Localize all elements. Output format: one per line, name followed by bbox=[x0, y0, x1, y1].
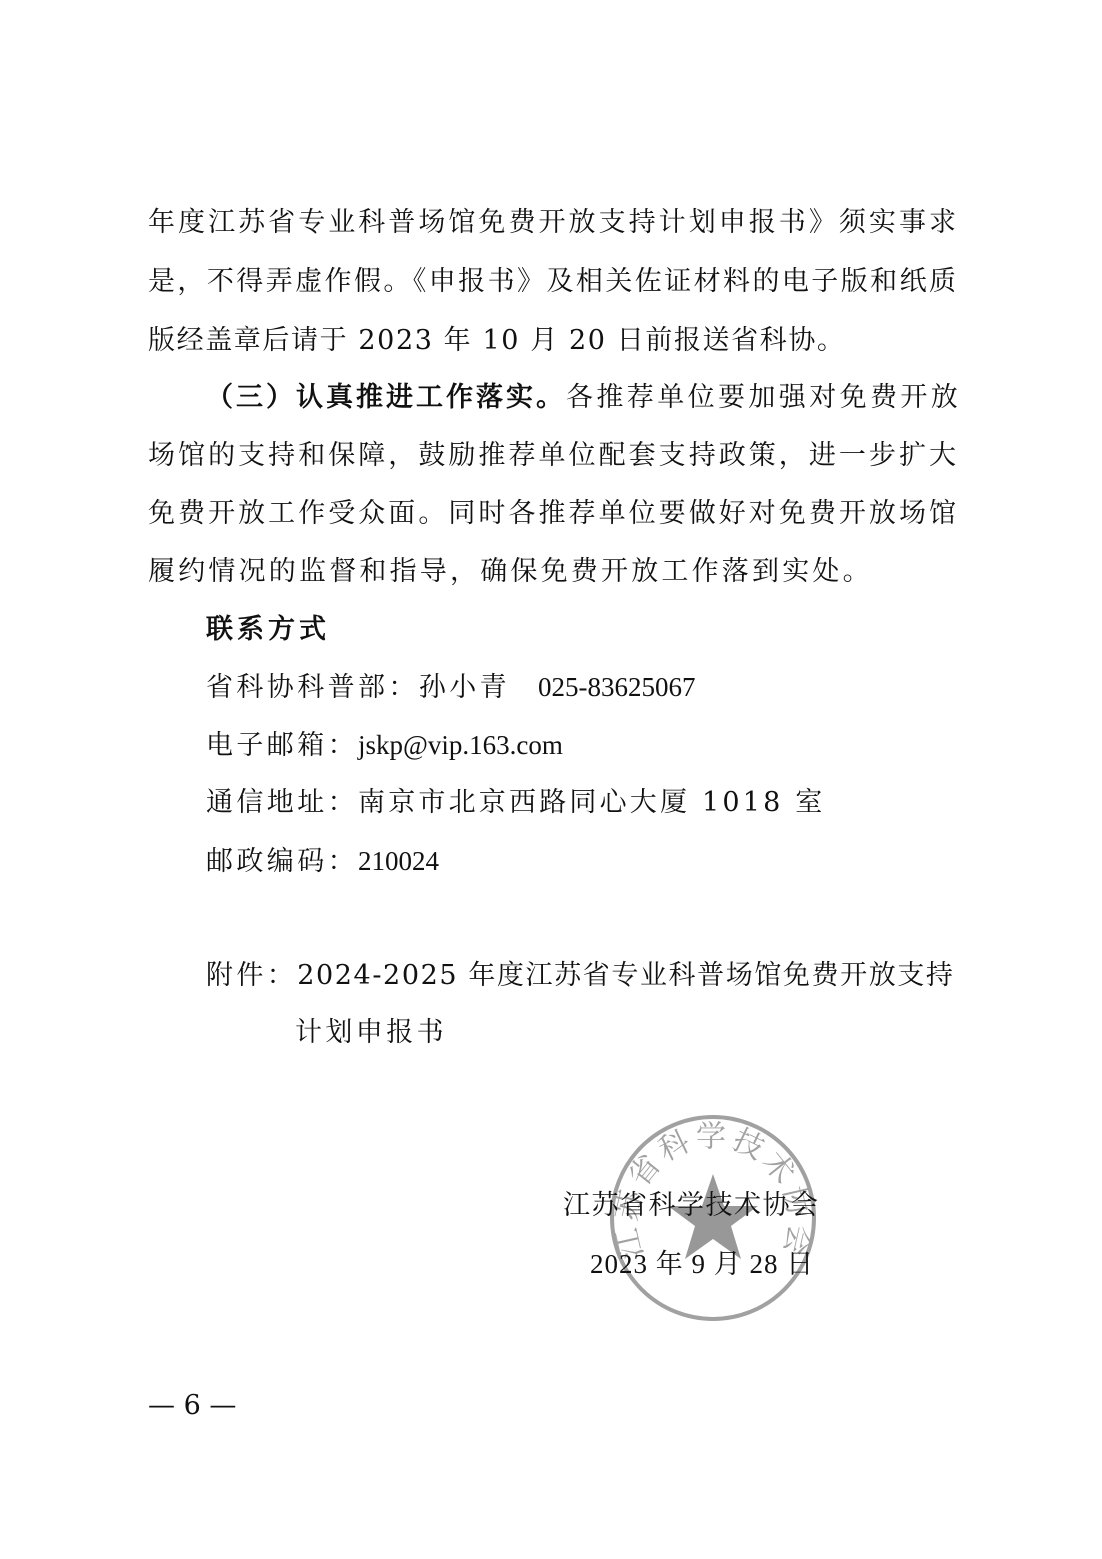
paragraph-line: 履约情况的监督和指导，确保免费开放工作落到实处。 bbox=[148, 552, 873, 592]
address-label: 通信地址： bbox=[206, 787, 358, 818]
document-page: 年度江苏省专业科普场馆免费开放支持计划申报书》须实事求 是，不得弄虚作假。《申报… bbox=[0, 0, 1102, 1559]
department-label: 省科协科普部： bbox=[206, 672, 419, 703]
attachment-label: 附件： bbox=[206, 960, 297, 991]
attachment-row: 附件：2024-2025 年度江苏省专业科普场馆免费开放支持 bbox=[206, 956, 955, 996]
contact-postcode-row: 邮政编码：210024 bbox=[206, 841, 439, 882]
email-label: 电子邮箱： bbox=[206, 730, 358, 761]
page-number: — 6 — bbox=[148, 1386, 236, 1426]
paragraph-line: 是，不得弄虚作假。《申报书》及相关佐证材料的电子版和纸质 bbox=[148, 262, 956, 302]
contact-postcode: 210024 bbox=[358, 846, 439, 876]
contact-address-row: 通信地址：南京市北京西路同心大厦 1018 室 bbox=[206, 783, 825, 823]
contact-address: 南京市北京西路同心大厦 1018 室 bbox=[358, 787, 825, 818]
attachment-title-line2: 计划申报书 bbox=[295, 1013, 447, 1053]
postcode-label: 邮政编码： bbox=[206, 846, 358, 877]
contact-email-row: 电子邮箱：jskp@vip.163.com bbox=[206, 725, 563, 766]
paragraph-line: 场馆的支持和保障，鼓励推荐单位配套支持政策，进一步扩大 bbox=[148, 436, 956, 476]
contact-email: jskp@vip.163.com bbox=[358, 730, 563, 760]
signing-date: 2023 年 9 月 28 日 bbox=[590, 1244, 814, 1284]
section-three-heading: （三）认真推进工作落实。 bbox=[206, 378, 566, 418]
contact-person: 孙小青 bbox=[419, 672, 510, 703]
paragraph-line: 版经盖章后请于 2023 年 10 月 20 日前报送省科协。 bbox=[148, 321, 846, 361]
paragraph-line: 免费开放工作受众面。同时各推荐单位要做好对免费开放场馆 bbox=[148, 494, 956, 534]
attachment-title-line1: 2024-2025 年度江苏省专业科普场馆免费开放支持 bbox=[297, 960, 954, 991]
contact-department-row: 省科协科普部：孙小青025-83625067 bbox=[206, 667, 696, 708]
paragraph-line: 年度江苏省专业科普场馆免费开放支持计划申报书》须实事求 bbox=[148, 203, 956, 243]
contact-title: 联系方式 bbox=[206, 610, 330, 650]
section-three-text: 各推荐单位要加强对免费开放 bbox=[566, 378, 961, 418]
signing-organization: 江苏省科学技术协会 bbox=[563, 1186, 820, 1226]
section-three-first-line: （三）认真推进工作落实。 各推荐单位要加强对免费开放 bbox=[206, 378, 956, 418]
contact-phone: 025-83625067 bbox=[538, 672, 696, 702]
